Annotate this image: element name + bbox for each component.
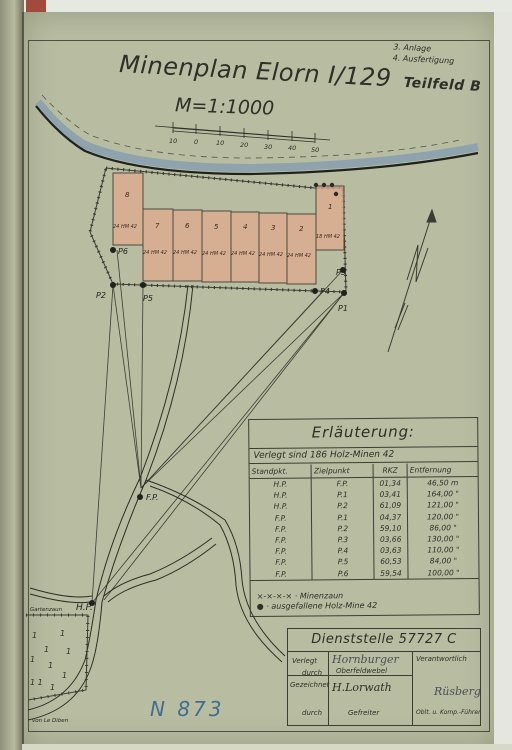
legend-summary: Verlegt sind 186 Holz-Minen 42 (249, 446, 477, 464)
cell-standpoint: F.P. (250, 557, 312, 569)
annex-note: 3. Anlage 4. Ausfertigung (392, 41, 455, 66)
mine-fields (113, 173, 344, 284)
cell-distance: 130,00 " (408, 533, 478, 545)
cell-rkz: 03,41 (373, 489, 407, 500)
cell-target: P.2 (312, 523, 374, 535)
drawn-label: Gezeichnet (290, 681, 329, 689)
cell-standpoint: F.P. (250, 523, 312, 535)
cell-rkz: 59,10 (373, 522, 407, 533)
field-label: 24 HM 42 (113, 224, 137, 230)
svg-text:10: 10 (216, 139, 224, 147)
cell-standpoint: F.P. (250, 534, 312, 546)
cell-rkz: 59,54 (374, 567, 408, 579)
title-suffix: Teilfeld B (403, 75, 482, 95)
col-standpoint: Standpkt. (250, 464, 312, 478)
cell-target: P.3 (312, 534, 374, 546)
cell-standpoint: H.P. (250, 490, 312, 502)
legend-fence-symbol: ×-×-×-× · Minenzaun (257, 591, 344, 601)
bearing-table: Standpkt. Zielpunkt RKZ Entfernung H.P.F… (250, 463, 479, 581)
north-arrow-icon (388, 210, 436, 352)
laid-by-label: durch (302, 669, 322, 677)
svg-text:20: 20 (240, 141, 248, 149)
field-number: 2 (299, 225, 304, 233)
svg-text:30: 30 (264, 143, 272, 151)
cell-distance: 120,00 " (408, 511, 478, 523)
label-road: von Le Diben (32, 718, 69, 724)
cell-standpoint: H.P. (250, 478, 312, 490)
cell-distance: 100,00 " (408, 567, 478, 579)
scale-label: M=1:1000 (175, 94, 275, 119)
svg-text:40: 40 (288, 144, 296, 152)
legend-title: Erläuterung: (249, 422, 477, 442)
col-rkz: RKZ (373, 464, 407, 478)
svg-text:1: 1 (50, 683, 55, 692)
col-target: Zielpunkt (311, 464, 373, 478)
col-distance: Entfernung (407, 463, 478, 477)
archive-number-stamp: N 873 (150, 697, 225, 721)
garden-fence: 111 111 11 11 (26, 615, 88, 700)
label-hp: H.P. (76, 603, 93, 613)
svg-text:1: 1 (66, 647, 71, 656)
svg-text:1: 1 (32, 631, 37, 640)
cell-standpoint: H.P. (250, 501, 312, 513)
drawn-rank: Gefreiter (348, 709, 379, 717)
label-garden-fence: Gartenzaun (30, 607, 63, 613)
cell-target: P.1 (312, 489, 374, 501)
office-stamp-box: Dienststelle 57727 C Verlegt durch Hornb… (287, 628, 481, 726)
cell-target: P.6 (312, 567, 374, 579)
svg-text:1: 1 (48, 661, 53, 670)
cell-standpoint: F.P. (250, 512, 312, 524)
laid-rank: Oberfeldwebel (336, 667, 387, 675)
cell-target: F.P. (312, 477, 374, 489)
cell-target: P.4 (312, 545, 374, 557)
laid-label: Verlegt (292, 657, 317, 665)
cell-distance: 164,00 " (407, 488, 477, 500)
scale-bar (155, 122, 330, 143)
cell-distance: 86,00 " (408, 522, 478, 534)
legend-box: Erläuterung: Verlegt sind 186 Holz-Minen… (248, 417, 480, 617)
svg-text:10: 10 (169, 137, 177, 145)
cell-standpoint: F.P. (250, 546, 312, 558)
legend-failed-label: ausgefallene Holz-Mine 42 (271, 601, 377, 611)
office-title: Dienststelle 57727 C (288, 629, 480, 652)
responsible-signature: Rüsberg (434, 685, 481, 698)
legend-fence-label: Minenzaun (300, 591, 344, 600)
responsible-rank: Oblt. u. Komp.-Führer (416, 709, 481, 716)
cell-rkz: 01,34 (373, 477, 407, 489)
field-label: 24 HM 42 (231, 251, 255, 257)
field-label: 24 HM 42 (143, 250, 167, 256)
field-number: 8 (125, 191, 130, 199)
cell-distance: 121,00 " (407, 499, 477, 511)
drawn-by-label: durch (302, 709, 322, 717)
field-label: 24 HM 42 (202, 251, 226, 257)
svg-text:1: 1 (62, 671, 67, 680)
label-p6: P6 (118, 247, 128, 256)
laid-signature: Hornburger (332, 653, 399, 666)
cell-rkz: 60,53 (374, 556, 408, 567)
svg-text:1: 1 (30, 655, 35, 664)
cell-distance: 84,00 " (408, 555, 478, 567)
label-p5: P5 (143, 294, 153, 303)
field-number: 7 (155, 222, 160, 230)
field-number: 3 (271, 224, 275, 232)
drawn-signature: H.Lorwath (332, 681, 392, 694)
cell-rkz: 04,37 (373, 511, 407, 522)
cell-rkz: 61,09 (373, 500, 407, 511)
svg-text:50: 50 (311, 146, 319, 154)
field-number: 5 (214, 223, 219, 231)
label-fp: F.P. (146, 493, 158, 502)
svg-text:1: 1 (44, 645, 49, 654)
field-label: 24 HM 42 (173, 250, 197, 256)
responsible-label: Verantwortlich (416, 655, 467, 663)
label-p1: P1 (338, 304, 348, 313)
cell-target: P.1 (312, 511, 374, 523)
scale-ticks: 10 0 10 20 30 40 50 (169, 137, 319, 154)
field-label: 18 HM 42 (316, 234, 340, 240)
cell-rkz: 03,66 (374, 534, 408, 545)
field-label: 24 HM 42 (259, 252, 283, 258)
field-number: 4 (243, 223, 247, 231)
legend-failed-symbol: ● · ausgefallene Holz-Mine 42 (257, 601, 378, 611)
cell-rkz: 03,63 (374, 545, 408, 556)
svg-text:1 1: 1 1 (30, 678, 43, 687)
svg-text:1: 1 (60, 629, 65, 638)
label-p2: P2 (96, 291, 106, 300)
cell-target: P.5 (312, 556, 374, 568)
field-number: 6 (185, 222, 190, 230)
svg-text:0: 0 (194, 138, 198, 146)
failed-mine-icon: ● · (257, 602, 272, 611)
field-label: 24 HM 42 (287, 253, 311, 259)
fence-symbol-icon: ×-×-×-× · (257, 592, 300, 601)
cell-distance: 110,00 " (408, 544, 478, 556)
cell-distance: 46,50 m (407, 477, 477, 489)
table-row: F.P.P.659,54100,00 " (250, 567, 478, 581)
field-number: 1 (328, 203, 332, 211)
label-p3: P3 (336, 268, 346, 277)
cell-target: P.2 (312, 500, 374, 512)
label-p4: P4 (320, 287, 330, 296)
cell-standpoint: F.P. (250, 568, 312, 580)
